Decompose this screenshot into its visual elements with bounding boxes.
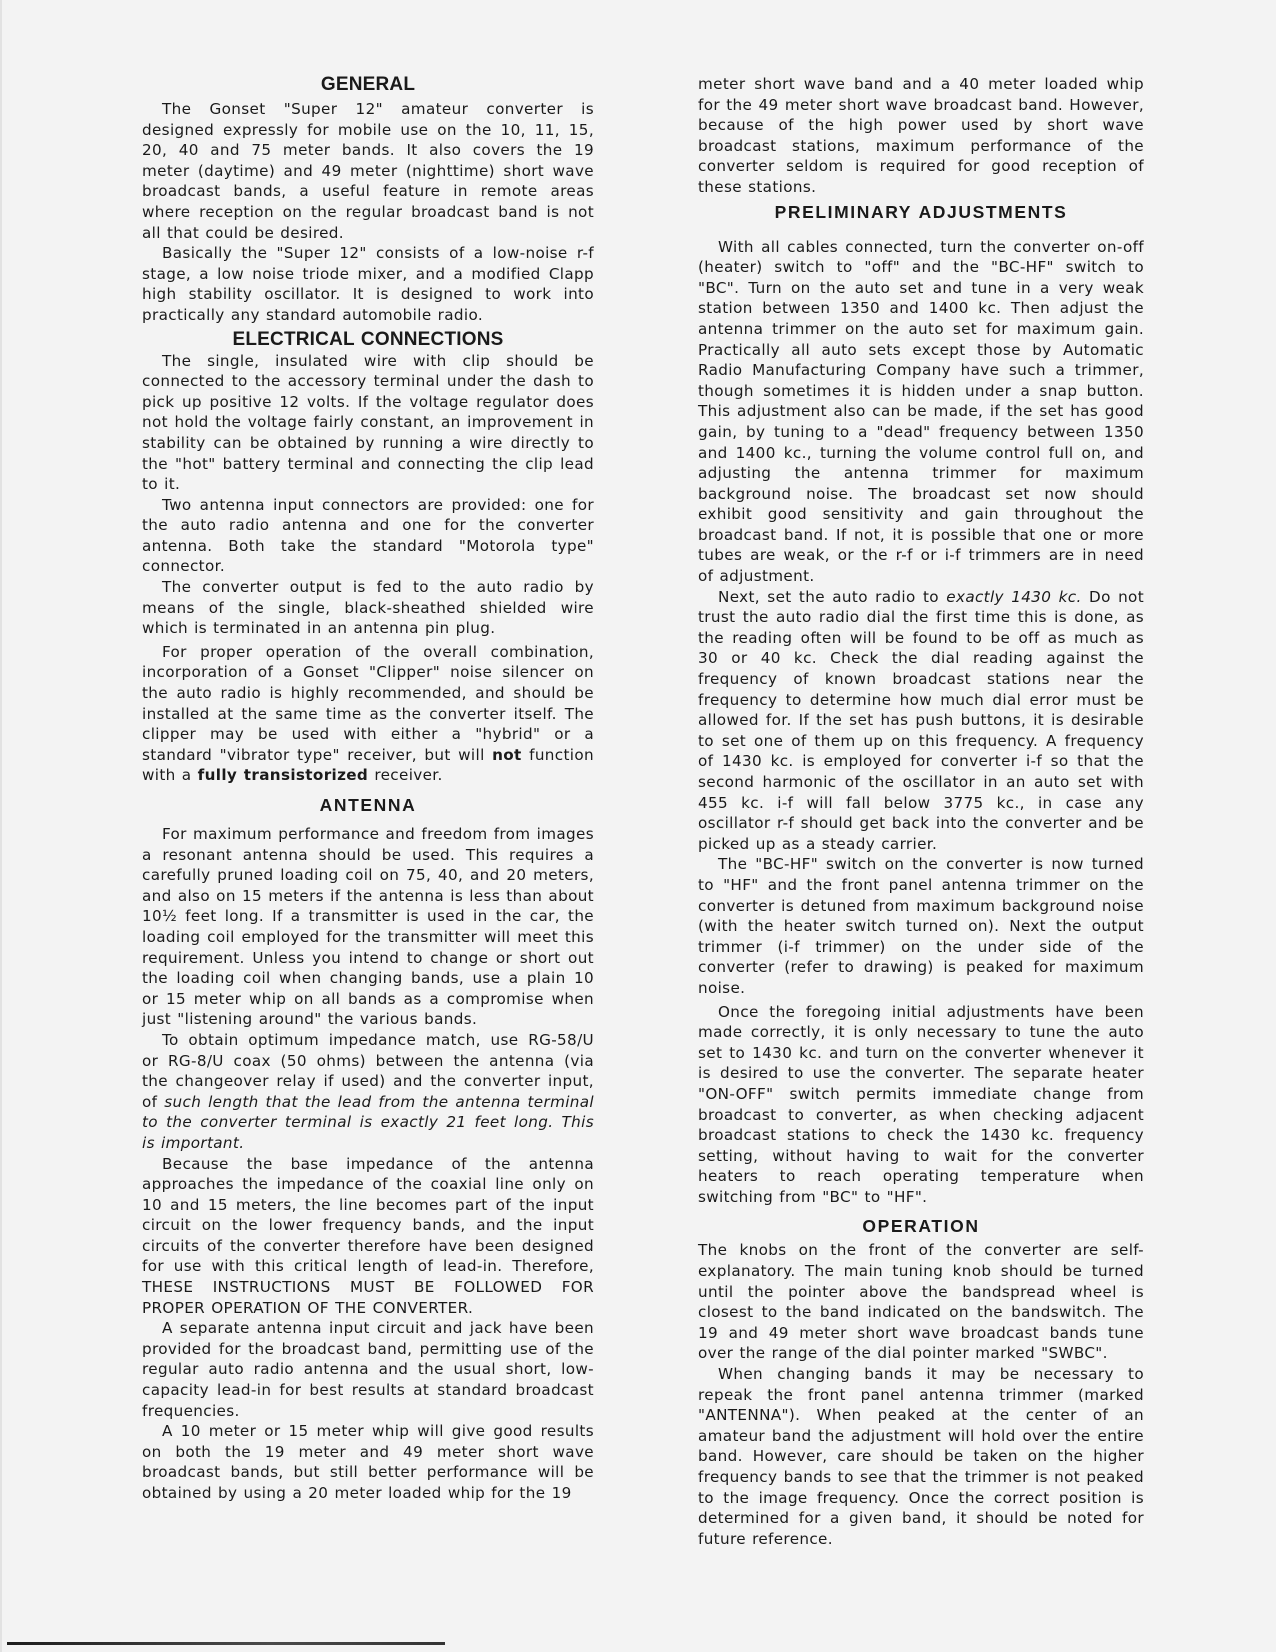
paragraph: Basically the "Super 12" consists of a l…	[142, 243, 594, 325]
heading-preliminary-adjustments: PRELIMINARY ADJUSTMENTS	[698, 201, 1144, 223]
page-edge	[0, 0, 2, 1652]
heading-electrical-connections: ELECTRICAL CONNECTIONS	[142, 329, 594, 351]
paragraph-impedance: To obtain optimum impedance match, use R…	[142, 1030, 594, 1154]
paragraph-clipper: For proper operation of the overall comb…	[142, 642, 594, 786]
section-general: GENERAL The Gonset "Super 12" amateur co…	[142, 74, 594, 326]
paragraph: When changing bands it may be necessary …	[698, 1364, 1144, 1549]
italic-important-note: such length that the lead from the anten…	[142, 1093, 594, 1152]
paragraph: The converter output is fed to the auto …	[142, 577, 594, 639]
paragraph: Once the foregoing initial adjustments h…	[698, 1002, 1144, 1208]
text-run: receiver.	[368, 766, 443, 784]
left-column: GENERAL The Gonset "Super 12" amateur co…	[142, 74, 594, 1504]
text-run: Next, set the auto radio to	[718, 588, 946, 606]
paragraph: With all cables connected, turn the conv…	[698, 237, 1144, 587]
section-electrical-connections: ELECTRICAL CONNECTIONS The single, insul…	[142, 329, 594, 786]
paragraph: Two antenna input connectors are provide…	[142, 495, 594, 577]
paragraph: For maximum performance and freedom from…	[142, 824, 594, 1030]
section-operation: OPERATION The knobs on the front of the …	[698, 1215, 1144, 1549]
section-antenna: ANTENNA For maximum performance and free…	[142, 794, 594, 1504]
paragraph: Because the base impedance of the antenn…	[142, 1154, 594, 1319]
right-column: meter short wave band and a 40 meter loa…	[698, 74, 1144, 1549]
paragraph-exactly-1430: Next, set the auto radio to exactly 1430…	[698, 587, 1144, 855]
paragraph: The knobs on the front of the converter …	[698, 1240, 1144, 1364]
heading-operation: OPERATION	[698, 1215, 1144, 1237]
bottom-rule	[7, 1642, 445, 1645]
paragraph: The "BC-HF" switch on the converter is n…	[698, 854, 1144, 998]
heading-antenna: ANTENNA	[142, 794, 594, 816]
emphasis-not: not	[492, 746, 522, 764]
paragraph: A separate antenna input circuit and jac…	[142, 1318, 594, 1421]
paragraph-continuation: meter short wave band and a 40 meter loa…	[698, 74, 1144, 198]
italic-frequency: exactly 1430 kc.	[946, 588, 1081, 606]
paragraph: A 10 meter or 15 meter whip will give go…	[142, 1421, 594, 1503]
text-run: Do not trust the auto radio dial the fir…	[698, 588, 1144, 853]
section-preliminary-adjustments: PRELIMINARY ADJUSTMENTS With all cables …	[698, 201, 1144, 1208]
emphasis-fully-transistorized: fully transistorized	[198, 766, 369, 784]
paragraph: The Gonset "Super 12" amateur converter …	[142, 99, 594, 243]
paragraph: The single, insulated wire with clip sho…	[142, 351, 594, 495]
heading-general: GENERAL	[142, 74, 594, 96]
